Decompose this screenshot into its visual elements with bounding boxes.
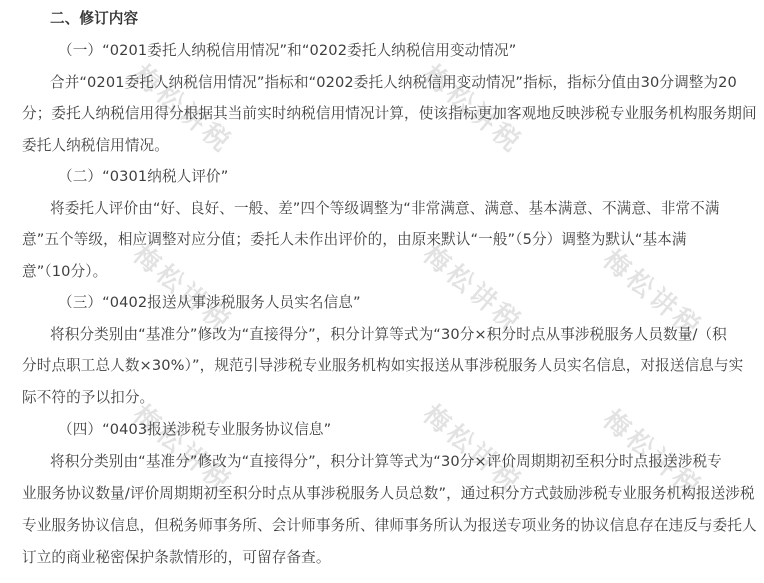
paragraph-line: 将积分类别由“基准分”修改为“直接得分”，积分计算等式为“30分×积分时点从事涉… — [50, 325, 727, 345]
paragraph-line: 专业服务协议信息，但税务师事务所、会计师事务所、律师事务所认为报送专项业务的协议… — [22, 516, 757, 536]
paragraph-line: 意”（10分）。 — [22, 262, 107, 282]
paragraph-line: 委托人纳税信用情况。 — [22, 136, 169, 156]
paragraph-line: 分；委托人纳税信用得分根据其当前实时纳税信用情况计算，使该指标更加客观地反映涉税… — [22, 104, 757, 124]
paragraph-line: 意”五个等级，相应调整对应分值；委托人未作出评价的，由原来默认“一般”（5分）调… — [22, 230, 687, 250]
paragraph-line: 订立的商业秘密保护条款情形的，可留存备查。 — [22, 548, 331, 568]
paragraph-line: 际不符的予以扣分。 — [22, 388, 154, 408]
paragraph-line: 将委托人评价由“好、良好、一般、差”四个等级调整为“非常满意、满意、基本满意、不… — [50, 199, 720, 219]
paragraph-line: 分时点职工总人数×30%）”，规范引导涉税专业服务机构如实报送从事涉税服务人员实… — [22, 356, 743, 376]
item-title: （三）“0402报送从事涉税服务人员实名信息” — [58, 293, 361, 313]
item-title: （二）“0301纳税人评价” — [58, 167, 228, 187]
section-heading: 二、修订内容 — [50, 9, 138, 29]
paragraph-line: 业服务协议数量/评价周期期初至积分时点从事涉税服务人员总数”，通过积分方式鼓励涉… — [22, 484, 755, 504]
document-page: 梅松讲税 梅松讲税 梅松讲税 梅松讲税 梅松讲税 梅松讲税 梅松讲税 梅松讲税 … — [0, 0, 764, 583]
item-title: （一）“0201委托人纳税信用情况”和“0202委托人纳税信用变动情况” — [58, 41, 516, 61]
paragraph-line: 合并“0201委托人纳税信用情况”指标和“0202委托人纳税信用变动情况”指标，… — [50, 73, 737, 93]
item-title: （四）“0403报送涉税专业服务协议信息” — [58, 420, 331, 440]
paragraph-line: 将积分类别由“基准分”修改为“直接得分”，积分计算等式为“30分×评价周期期初至… — [50, 452, 722, 472]
